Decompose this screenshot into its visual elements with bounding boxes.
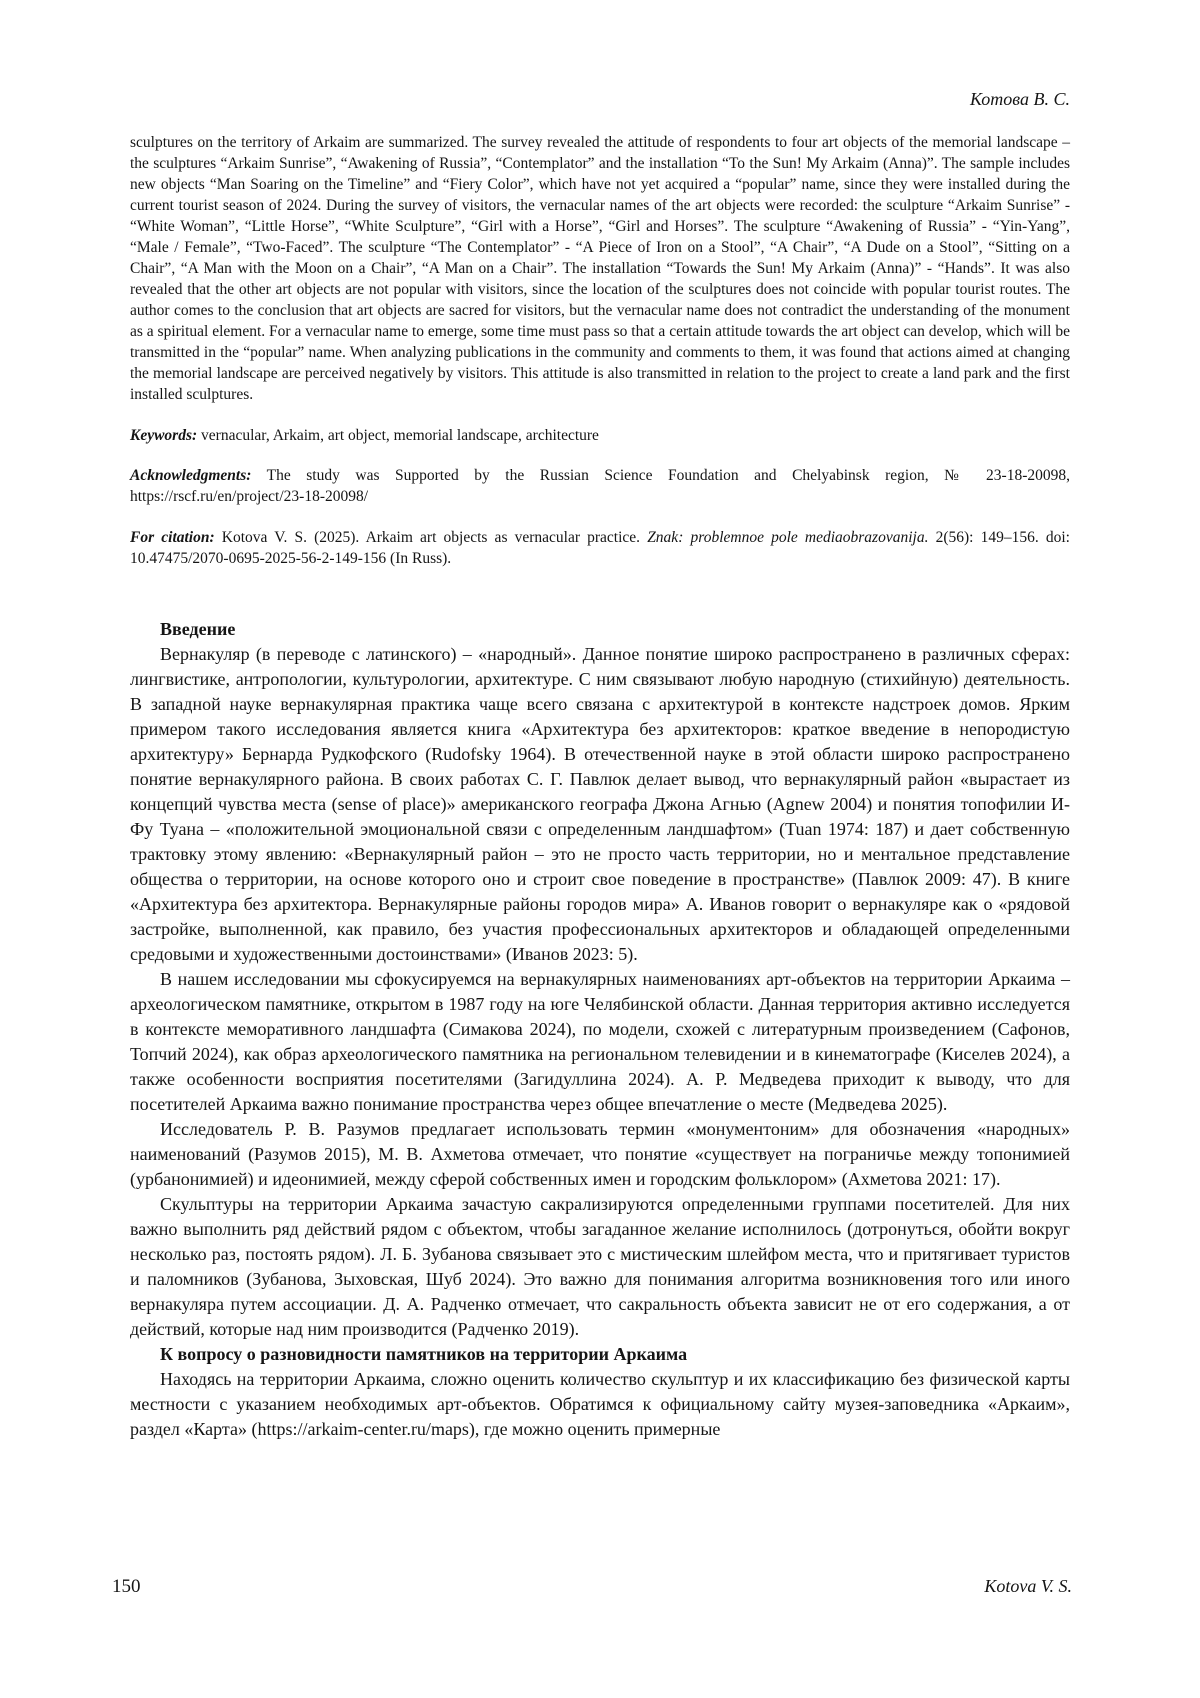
page-footer: 150 Kotova V. S. — [112, 1576, 1072, 1598]
acknowledgments-label: Acknowledgments: — [130, 467, 251, 484]
for-citation-line: For citation: Kotova V. S. (2025). Arkai… — [130, 527, 1070, 569]
footer-page-number: 150 — [112, 1576, 141, 1598]
abstract-paragraph: sculptures on the territory of Arkaim ar… — [130, 132, 1070, 405]
footer-running-author: Kotova V. S. — [984, 1576, 1072, 1597]
page-content: Котова В. С. sculptures on the territory… — [0, 0, 1200, 1442]
body-paragraph-4: Скульптуры на территории Аркаима зачасту… — [130, 1192, 1070, 1342]
body-paragraph-3: Исследователь Р. В. Разумов предлагает и… — [130, 1117, 1070, 1192]
keywords-label: Keywords: — [130, 427, 197, 444]
body-paragraph-1: Вернакуляр (в переводе с латинского) – «… — [130, 642, 1070, 967]
section-heading-monument-types: К вопросу о разновидности памятников на … — [130, 1342, 1070, 1367]
acknowledgments-line: Acknowledgments: The study was Supported… — [130, 465, 1070, 507]
running-head-author: Котова В. С. — [130, 88, 1070, 110]
section-heading-introduction: Введение — [130, 617, 1070, 642]
for-citation-label: For citation: — [130, 529, 215, 546]
paper-page: Котова В. С. sculptures on the territory… — [0, 0, 1200, 1698]
for-citation-journal-title: Znak: problemnoe pole mediaobrazovanija. — [647, 529, 928, 546]
acknowledgments-text: The study was Supported by the Russian S… — [130, 467, 1070, 505]
body-paragraph-2: В нашем исследовании мы сфокусируемся на… — [130, 967, 1070, 1117]
keywords-text: vernacular, Arkaim, art object, memorial… — [197, 427, 599, 444]
keywords-line: Keywords: vernacular, Arkaim, art object… — [130, 425, 1070, 446]
for-citation-text-before: Kotova V. S. (2025). Arkaim art objects … — [215, 529, 648, 546]
body-paragraph-5: Находясь на территории Аркаима, сложно о… — [130, 1367, 1070, 1442]
